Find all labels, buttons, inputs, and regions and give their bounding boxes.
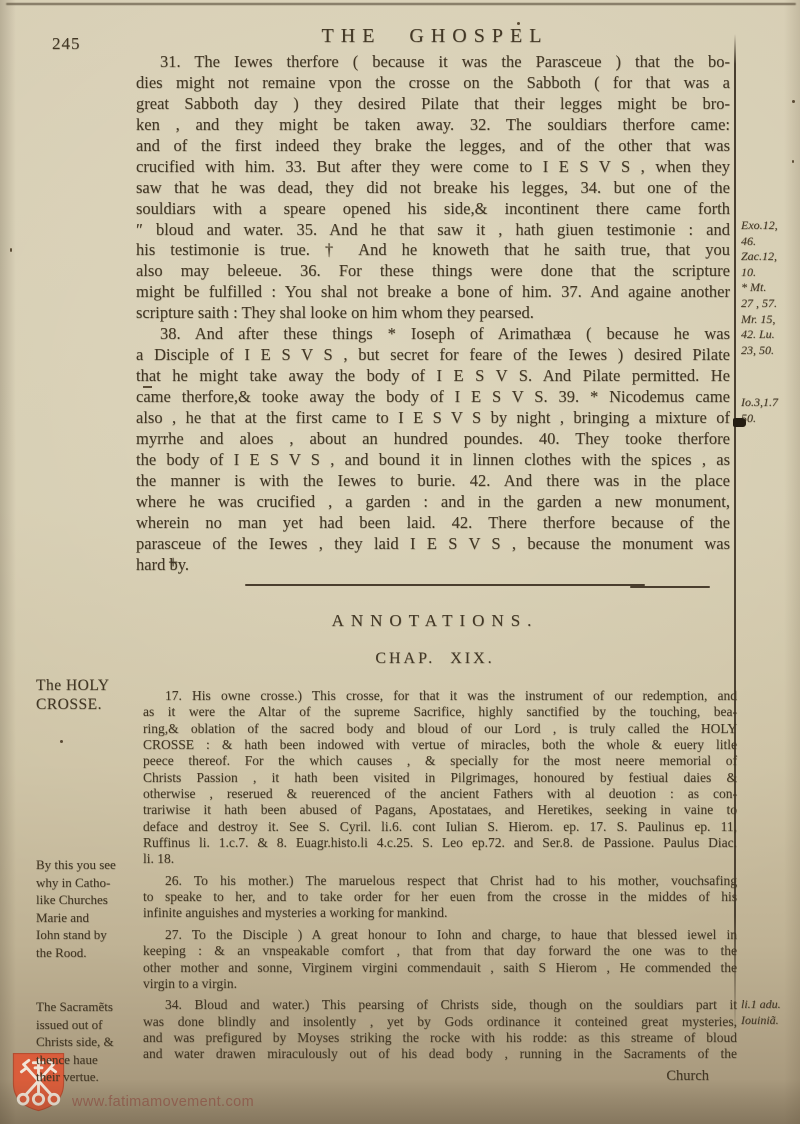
- chapter-heading: CHAP. XIX.: [130, 650, 740, 668]
- text-line: Christs Passion , it hath been visited i…: [143, 770, 737, 786]
- annotations-block: 17. His owne crosse.) This crosse, for t…: [143, 688, 737, 1085]
- text-line: also , he that at the first came to I E …: [136, 408, 730, 429]
- text-line: souldiars with a speare opened his side,…: [136, 199, 730, 220]
- text-line: saw that he was dead, they did not break…: [136, 178, 730, 199]
- text-line: thence haue: [36, 1051, 146, 1069]
- text-line: scripture saith : They shal looke on him…: [136, 303, 730, 324]
- margin-refs-jerome: li.1 adu.Iouiniã.: [741, 997, 797, 1028]
- margin-cross-mark: +: [168, 552, 178, 573]
- text-line: why in Catho-: [36, 874, 146, 892]
- annotations-heading: ANNOTATIONS.: [130, 611, 740, 631]
- text-line: the Rood.: [36, 944, 146, 962]
- text-line: li. 18.: [143, 851, 737, 867]
- text-line: Exo.12,: [741, 218, 797, 234]
- text-line: came therfore,& tooke away the body of I…: [136, 387, 730, 408]
- text-line: infinite anguishes and mysteries a worki…: [143, 905, 737, 921]
- text-line: crucified with him. 33. But after they w…: [136, 157, 730, 178]
- text-line: 27 , 57.: [741, 296, 797, 312]
- text-line: deface and destroy it. See S. Cyril. li.…: [143, 819, 737, 835]
- text-line: 17. His owne crosse.) This crosse, for t…: [143, 688, 737, 704]
- text-line: Christs side, &: [36, 1033, 146, 1051]
- ink-speck: [60, 740, 63, 743]
- text-line: great Sabboth day ) they desired Pilate …: [136, 94, 730, 115]
- margin-note-rood: By this you seewhy in Catho-like Churche…: [36, 856, 146, 962]
- text-line: was done blindly and insolently , yet by…: [143, 1014, 737, 1030]
- ink-speck: [792, 100, 795, 103]
- ink-speck: [517, 22, 520, 25]
- annotation-note-to-the-disciple: 27. To the Disciple ) A great honour to …: [143, 927, 737, 992]
- text-line: 10.: [741, 265, 797, 281]
- text-line: Ruffinus li. 1.c.7. & 8. Euagr.histo.li …: [143, 835, 737, 851]
- text-line: Mr. 15,: [741, 312, 797, 328]
- text-line: that he might take away the body of I E …: [136, 366, 730, 387]
- text-line: CROSSE.: [36, 695, 146, 714]
- text-line: 27. To the Disciple ) A great honour to …: [143, 927, 737, 943]
- text-line: a Disciple of I E S V S , but secret for…: [136, 345, 730, 366]
- text-line: Zac.12,: [741, 249, 797, 265]
- text-line: 26. To his mother.) The maruelous respec…: [143, 873, 737, 889]
- running-title: THE GHOSPEL: [130, 25, 740, 48]
- text-line: The Sacramẽts: [36, 998, 146, 1016]
- margin-note-holy-crosse: The HOLYCROSSE.: [36, 676, 146, 714]
- text-line: The HOLY: [36, 676, 146, 695]
- ink-speck: [792, 160, 794, 163]
- text-line: his testimonie is true. † And he knoweth…: [136, 240, 730, 261]
- margin-note-sacraments: The Sacramẽtsissued out ofChrists side, …: [36, 998, 146, 1086]
- text-line: 31. The Iewes therfore ( because it was …: [136, 52, 730, 73]
- text-line: to speake to her, and to take order for …: [143, 889, 737, 905]
- text-line: and water drawen miraculously out of his…: [143, 1046, 737, 1062]
- text-line: peece thereof. For the which causes , & …: [143, 753, 737, 769]
- text-line: keeping : & an vnspeakable comfort , tha…: [143, 943, 737, 959]
- text-line: wherein no man yet had been laid. 42. Th…: [136, 513, 730, 534]
- text-line: and was prefigured by Moyses striking th…: [143, 1030, 737, 1046]
- text-line: By this you see: [36, 856, 146, 874]
- text-line: issued out of: [36, 1016, 146, 1034]
- text-line: 50.: [741, 411, 797, 427]
- text-line: trariwise it hath been abused of Pagans,…: [143, 802, 737, 818]
- text-line: Io.3,1.7: [741, 395, 797, 411]
- text-line: 42. Lu.: [741, 327, 797, 343]
- text-line: also may beleeue. 36. For these things w…: [136, 261, 730, 282]
- catchword: Church: [143, 1068, 737, 1085]
- text-line: Iohn stand by: [36, 926, 146, 944]
- text-line: 46.: [741, 234, 797, 250]
- text-line: as it were the Altar of the supreme Sacr…: [143, 704, 737, 720]
- text-line: ″ bloud and water. 35. And he that saw i…: [136, 220, 730, 241]
- page-number: 245: [52, 34, 81, 54]
- text-line: might be fulfilled : You shal not breake…: [136, 282, 730, 303]
- text-line: 38. And after these things * Ioseph of A…: [136, 324, 730, 345]
- watermark-url: www.fatimamovement.com: [72, 1094, 254, 1110]
- text-line: 23, 50.: [741, 343, 797, 359]
- ink-blot: [733, 418, 746, 427]
- text-line: like Churches: [36, 891, 146, 909]
- text-line: dies might not remaine vpon the crosse o…: [136, 73, 730, 94]
- margin-refs-john: Io.3,1.750.: [741, 395, 797, 426]
- text-line: Iouiniã.: [741, 1013, 797, 1029]
- annotation-note-to-his-mother: 26. To his mother.) The maruelous respec…: [143, 873, 737, 922]
- section-rule: [245, 584, 645, 586]
- text-line: other mother and sonne, Virginem virgini…: [143, 960, 737, 976]
- annotation-note-bloud-and-water: 34. Bloud and water.) This pearsing of C…: [143, 997, 737, 1062]
- margin-refs-scripture: Exo.12,46.Zac.12,10.* Mt.27 , 57.Mr. 15,…: [741, 218, 797, 358]
- margin-dash-mark: [143, 386, 152, 388]
- text-line: Marie and: [36, 909, 146, 927]
- section-rule-segment: [630, 586, 710, 588]
- text-line: ken , and they might be taken away. 32. …: [136, 115, 730, 136]
- text-line: the manner is with the Iewes to burie. 4…: [136, 471, 730, 492]
- text-line: CROSSE : & hath been indowed with vertue…: [143, 737, 737, 753]
- text-line: the body of I E S V S , and bound it in …: [136, 450, 730, 471]
- text-line: otherwise , reserued & reuerenced of the…: [143, 786, 737, 802]
- text-line: parasceue of the Iewes , they laid I E S…: [136, 534, 730, 555]
- annotation-note-holy-cross: 17. His owne crosse.) This crosse, for t…: [143, 688, 737, 868]
- text-line: where he was crucified , a garden : and …: [136, 492, 730, 513]
- text-line: ring,& oblation of the sacred body and b…: [143, 721, 737, 737]
- ink-speck: [10, 248, 12, 252]
- text-line: their vertue.: [36, 1068, 146, 1086]
- text-line: virgin to a virgin.: [143, 976, 737, 992]
- scanned-book-page: 245 THE GHOSPEL 31. The Iewes therfore (…: [0, 0, 800, 1124]
- page-top-edge: [6, 3, 796, 5]
- text-line: and of the first indeed they brake the l…: [136, 136, 730, 157]
- text-line: * Mt.: [741, 280, 797, 296]
- text-line: li.1 adu.: [741, 997, 797, 1013]
- text-line: myrrhe and aloes , about an hundred poun…: [136, 429, 730, 450]
- text-line: 34. Bloud and water.) This pearsing of C…: [143, 997, 737, 1013]
- gospel-text-block: 31. The Iewes therfore ( because it was …: [136, 52, 730, 575]
- text-line: hard by.: [136, 555, 730, 576]
